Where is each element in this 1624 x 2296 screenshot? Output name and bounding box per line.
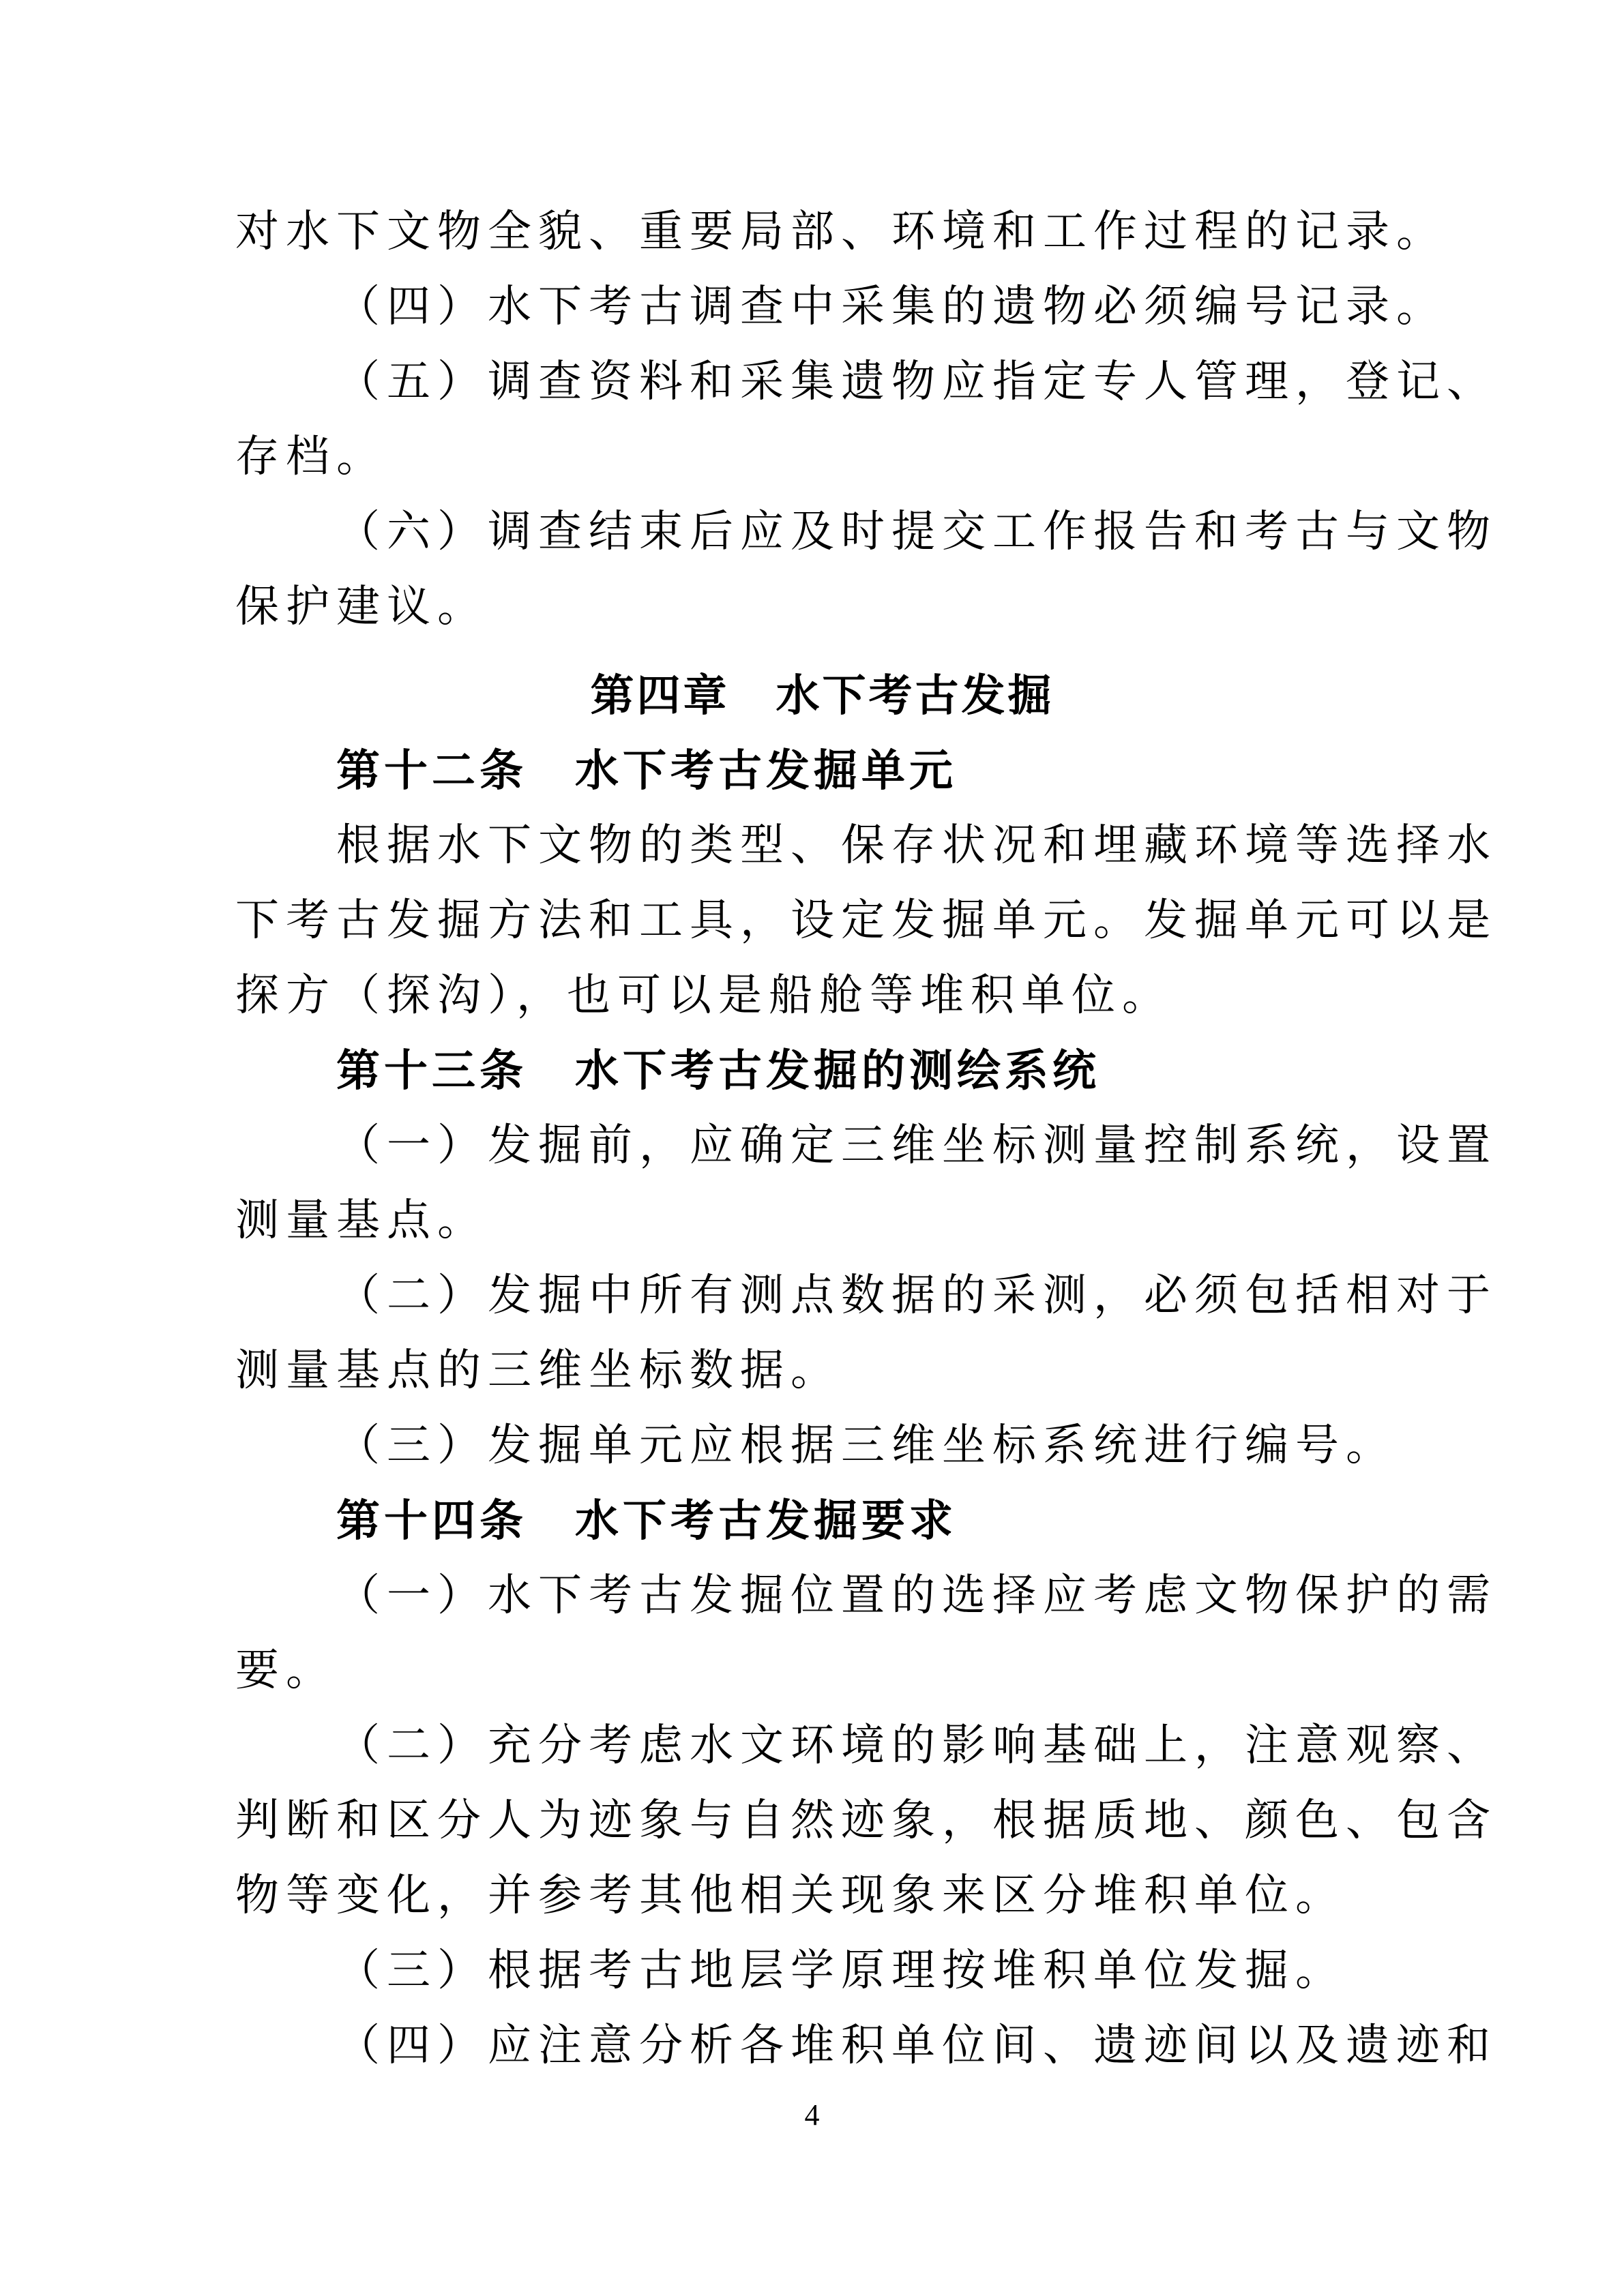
text-line: 下考古发掘方法和工具，设定发掘单元。发掘单元可以是 — [235, 883, 1450, 958]
article-heading: 第十三条 水下考古发掘的测绘系统 — [235, 1033, 1450, 1108]
document-page: 对水下文物全貌、重要局部、环境和工作过程的记录。（四）水下考古调查中采集的遗物必… — [0, 0, 1624, 2296]
text-line: （一）发掘前，应确定三维坐标测量控制系统，设置 — [235, 1108, 1450, 1183]
text-line: （二）发掘中所有测点数据的采测，必须包括相对于 — [235, 1258, 1450, 1333]
text-line: （六）调查结束后应及时提交工作报告和考古与文物 — [235, 494, 1450, 569]
text-line: 判断和区分人为迹象与自然迹象，根据质地、颜色、包含 — [235, 1783, 1450, 1858]
text-line: （四）水下考古调查中采集的遗物必须编号记录。 — [235, 269, 1450, 344]
text-line: （一）水下考古发掘位置的选择应考虑文物保护的需 — [235, 1558, 1450, 1633]
text-line: 要。 — [235, 1633, 1450, 1708]
text-line: 保护建议。 — [235, 569, 1450, 644]
text-line: 探方（探沟），也可以是船舱等堆积单位。 — [235, 958, 1450, 1033]
text-line: 测量基点。 — [235, 1183, 1450, 1258]
text-line: 测量基点的三维坐标数据。 — [235, 1333, 1450, 1408]
text-line: 存档。 — [235, 419, 1450, 494]
text-line: （二）充分考虑水文环境的影响基础上，注意观察、 — [235, 1708, 1450, 1783]
document-body: 对水下文物全貌、重要局部、环境和工作过程的记录。（四）水下考古调查中采集的遗物必… — [235, 194, 1450, 2083]
text-line: 物等变化，并参考其他相关现象来区分堆积单位。 — [235, 1858, 1450, 1933]
article-heading: 第十二条 水下考古发掘单元 — [235, 733, 1450, 808]
text-line: （三）根据考古地层学原理按堆积单位发掘。 — [235, 1933, 1450, 2008]
text-line: 根据水下文物的类型、保存状况和埋藏环境等选择水 — [235, 808, 1450, 883]
page-number: 4 — [0, 2095, 1624, 2136]
text-line: 对水下文物全貌、重要局部、环境和工作过程的记录。 — [235, 194, 1450, 269]
chapter-heading: 第四章 水下考古发掘 — [194, 658, 1450, 733]
article-heading: 第十四条 水下考古发掘要求 — [235, 1483, 1450, 1558]
text-line: （三）发掘单元应根据三维坐标系统进行编号。 — [235, 1408, 1450, 1483]
text-line: （五）调查资料和采集遗物应指定专人管理，登记、 — [235, 344, 1450, 419]
text-line: （四）应注意分析各堆积单位间、遗迹间以及遗迹和 — [235, 2008, 1450, 2083]
